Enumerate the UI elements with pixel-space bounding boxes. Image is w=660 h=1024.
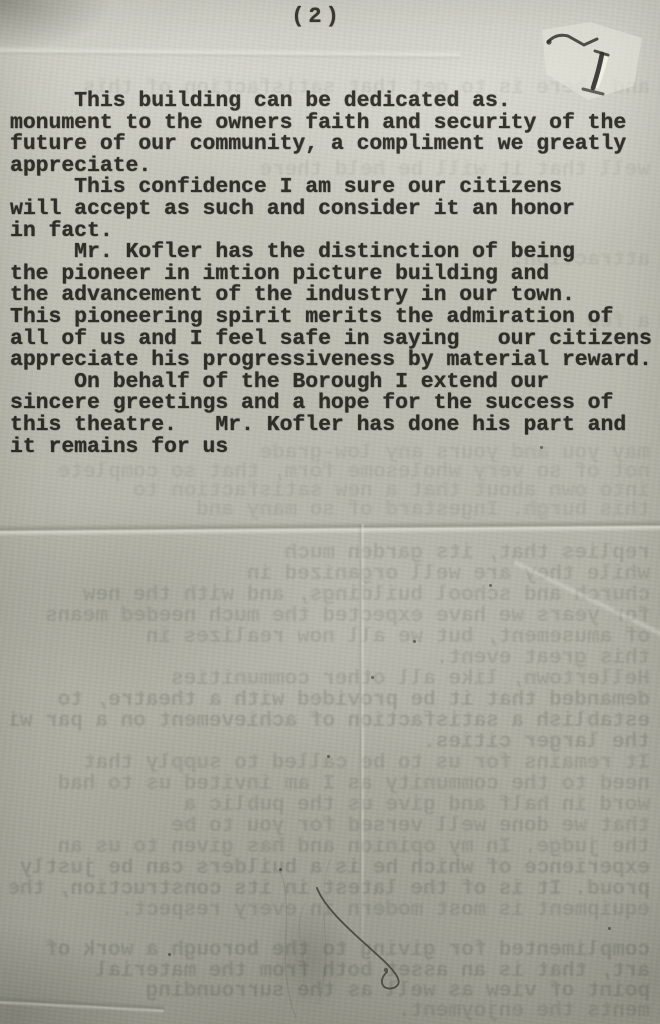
ink-speck [540,446,543,449]
bleedthrough-line: establish a satisfaction of achievement … [10,711,650,732]
staple-tear-mark [530,16,650,104]
ink-speck [168,953,171,956]
typed-line: the advancement of the industry in our t… [10,285,658,307]
bottom-edge-crease [0,996,164,1014]
diagonal-crease [513,559,660,649]
bleedthrough-line: that we done well versed for you to be [10,816,650,837]
top-crease [0,46,460,61]
typed-text-block: This building can be dedicated as. monum… [10,91,658,458]
ink-speck [489,584,492,587]
document-photo: and there is to get that satisfaction of… [0,0,660,1024]
typed-line: this theatre. Mr. Kofler has done his pa… [10,415,658,437]
horizontal-fold-crease [0,519,660,536]
bleedthrough-line: the larger cities. [10,732,650,753]
ink-speck [327,755,330,758]
bleedthrough-line: not of so very wholesome form, that so c… [10,462,650,483]
ink-speck [413,640,416,643]
bleedthrough-line: Hellertown, like all other communities [10,669,650,690]
bleedthrough-line: need to the community as I am invited us… [10,774,650,795]
typed-line: Mr. Kofler has the distinction of being [10,242,658,264]
typed-line: in fact. [10,221,658,243]
bleedthrough-line: church and school buildings, and with th… [10,585,650,606]
typed-line: all of us and I feel safe in saying our … [10,329,658,351]
bleedthrough-line: word in half and give us the public a [10,795,650,816]
bleedthrough-line: this burgh. Ingestard of so many and [10,500,650,521]
hair-squiggle-mark [218,842,428,1024]
bleedthrough-line: into own about that a new satisfaction t… [10,481,650,502]
ink-speck [608,927,611,930]
typed-line: This confidence I am sure our citizens [10,177,658,199]
bleedthrough-line: replies that, its garden much [10,543,650,564]
bleedthrough-line: of amusement, but we all now realizes in [10,627,650,648]
typed-line: it remains for us [10,437,658,459]
typed-line: sincere greetings and a hope for the suc… [10,393,658,415]
typed-line: will accept as such and consider it an h… [10,199,658,221]
bleedthrough-line: demanded that it be provided with a thea… [10,690,650,711]
typed-line: appreciate his progressiveness by materi… [10,350,658,372]
ink-speck [279,868,282,871]
bleedthrough-line: for years we have expected the much need… [10,606,650,627]
ink-speck [371,676,374,679]
bleedthrough-line: this great event. [10,648,650,669]
typed-line: future of our community, a compliment we… [10,134,658,156]
typed-line: This pioneering spirit merits the admira… [10,307,658,329]
bleedthrough-line: It remains for us to be called to supply… [10,753,650,774]
typed-line: monument to the owners faith and securit… [10,113,658,135]
